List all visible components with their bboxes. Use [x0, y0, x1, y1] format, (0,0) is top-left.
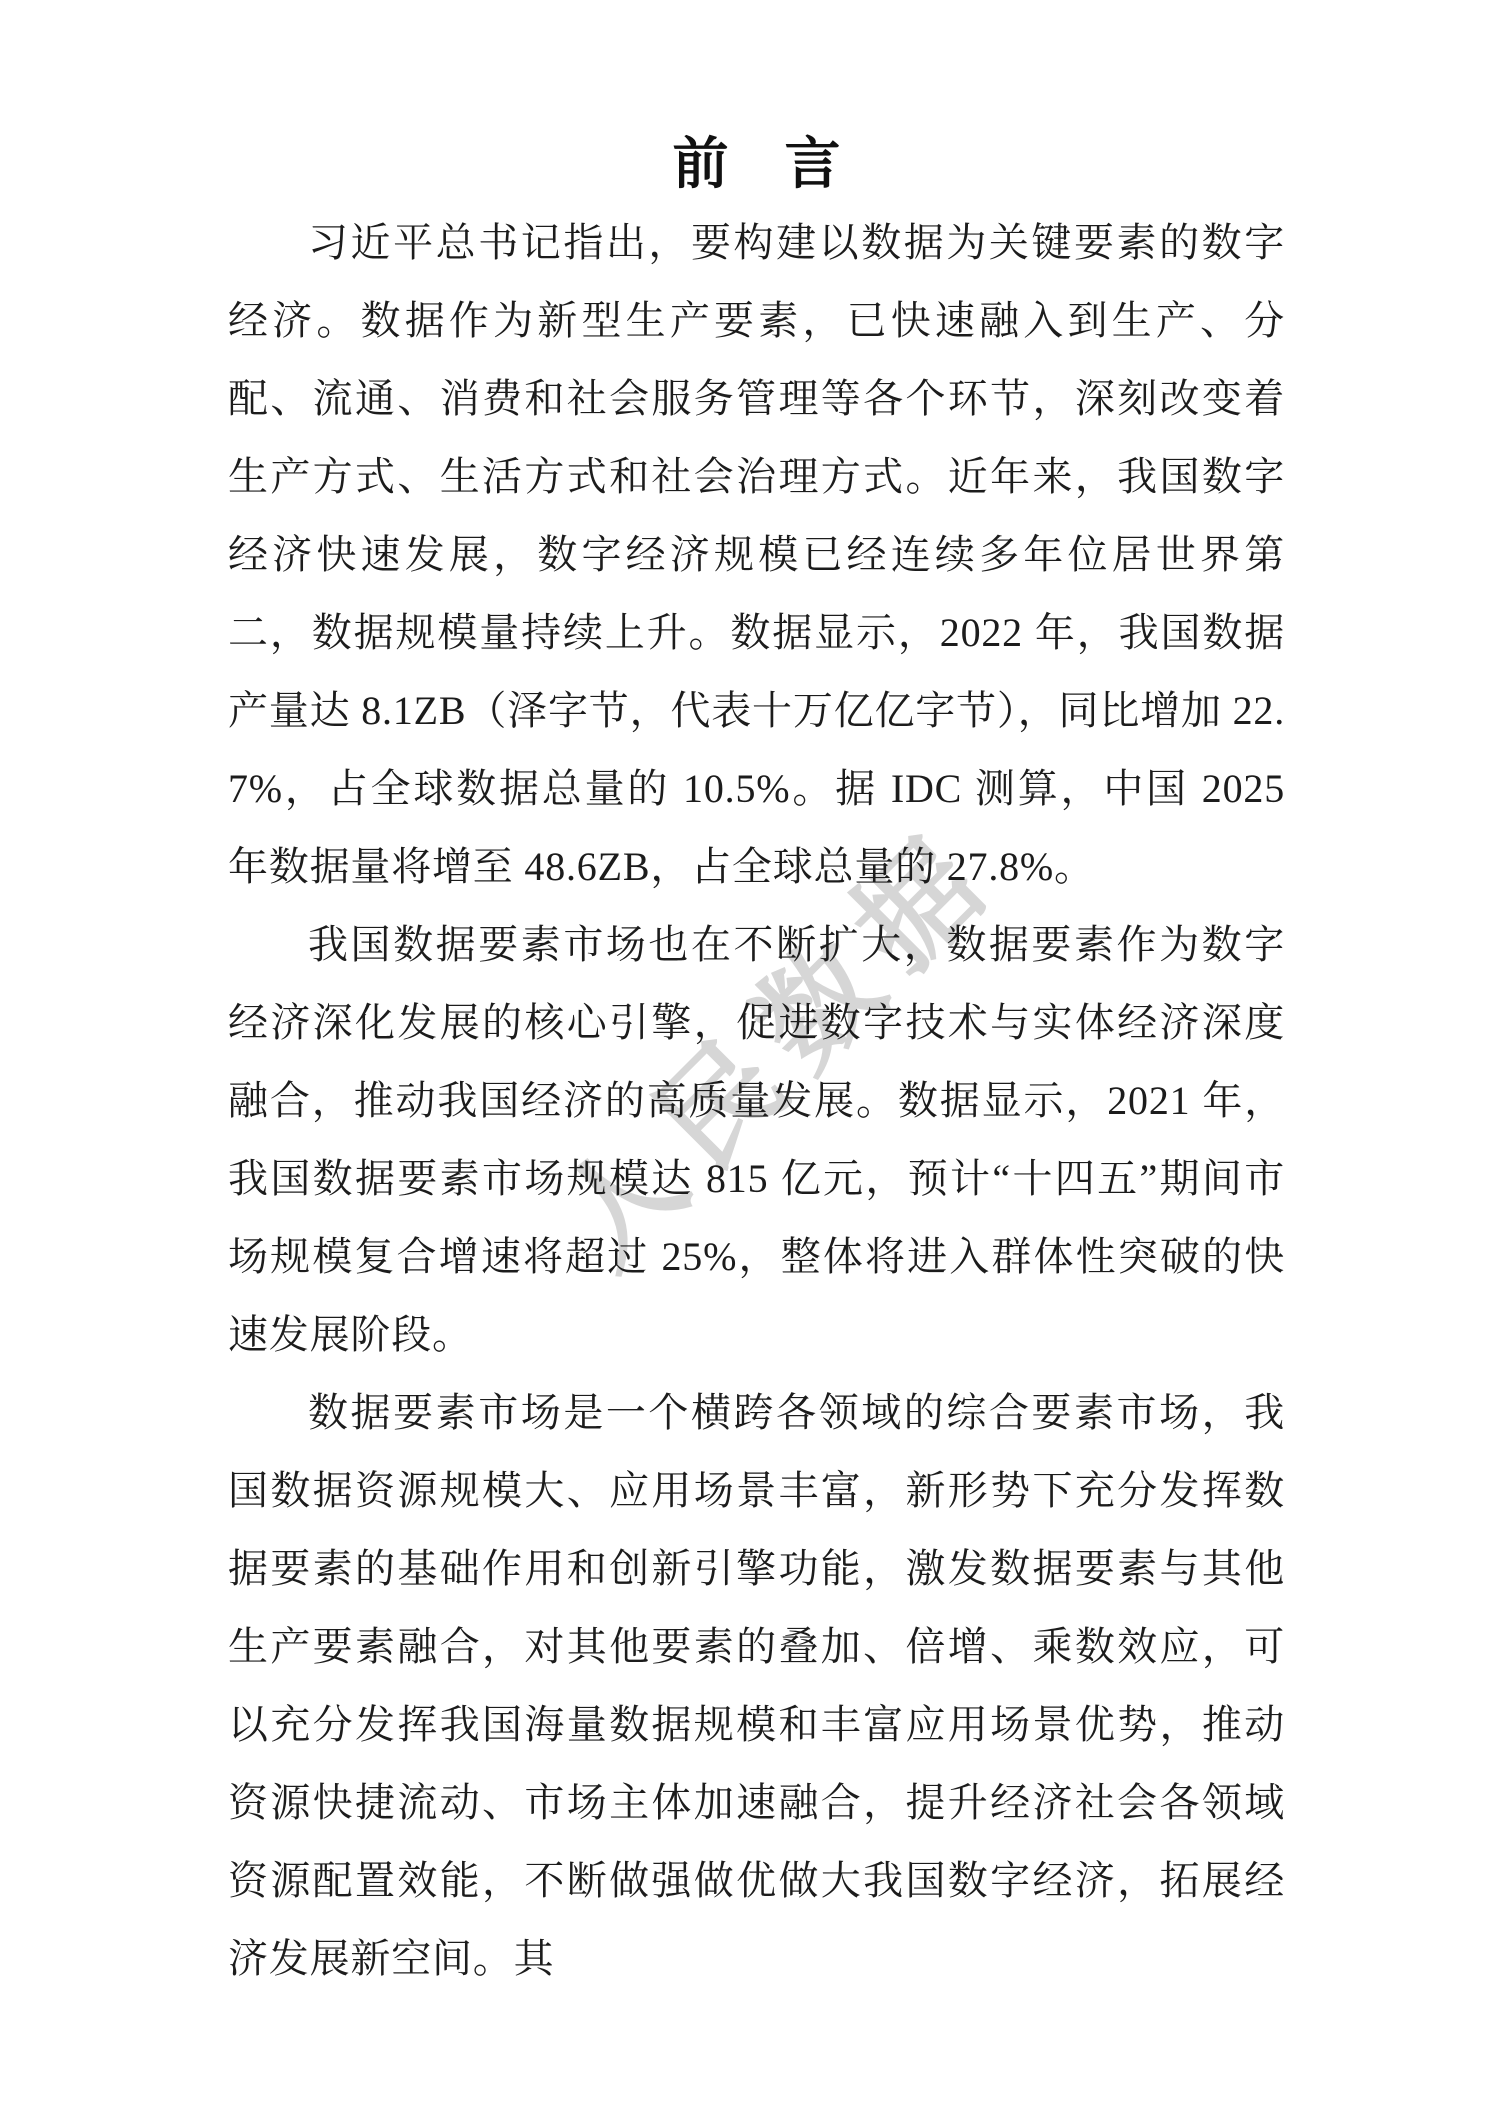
page-title: 前 言: [228, 128, 1285, 200]
paragraph: 数据要素市场是一个横跨各领域的综合要素市场，我国数据资源规模大、应用场景丰富，新…: [228, 1374, 1285, 1998]
page-content: 前 言 习近平总书记指出，要构建以数据为关键要素的数字经济。数据作为新型生产要素…: [0, 0, 1500, 1998]
paragraph: 习近平总书记指出，要构建以数据为关键要素的数字经济。数据作为新型生产要素，已快速…: [228, 204, 1285, 906]
body-text: 习近平总书记指出，要构建以数据为关键要素的数字经济。数据作为新型生产要素，已快速…: [228, 204, 1285, 1998]
document-page: 人民数据 前 言 习近平总书记指出，要构建以数据为关键要素的数字经济。数据作为新…: [0, 0, 1500, 2121]
paragraph: 我国数据要素市场也在不断扩大，数据要素作为数字经济深化发展的核心引擎，促进数字技…: [228, 906, 1285, 1374]
